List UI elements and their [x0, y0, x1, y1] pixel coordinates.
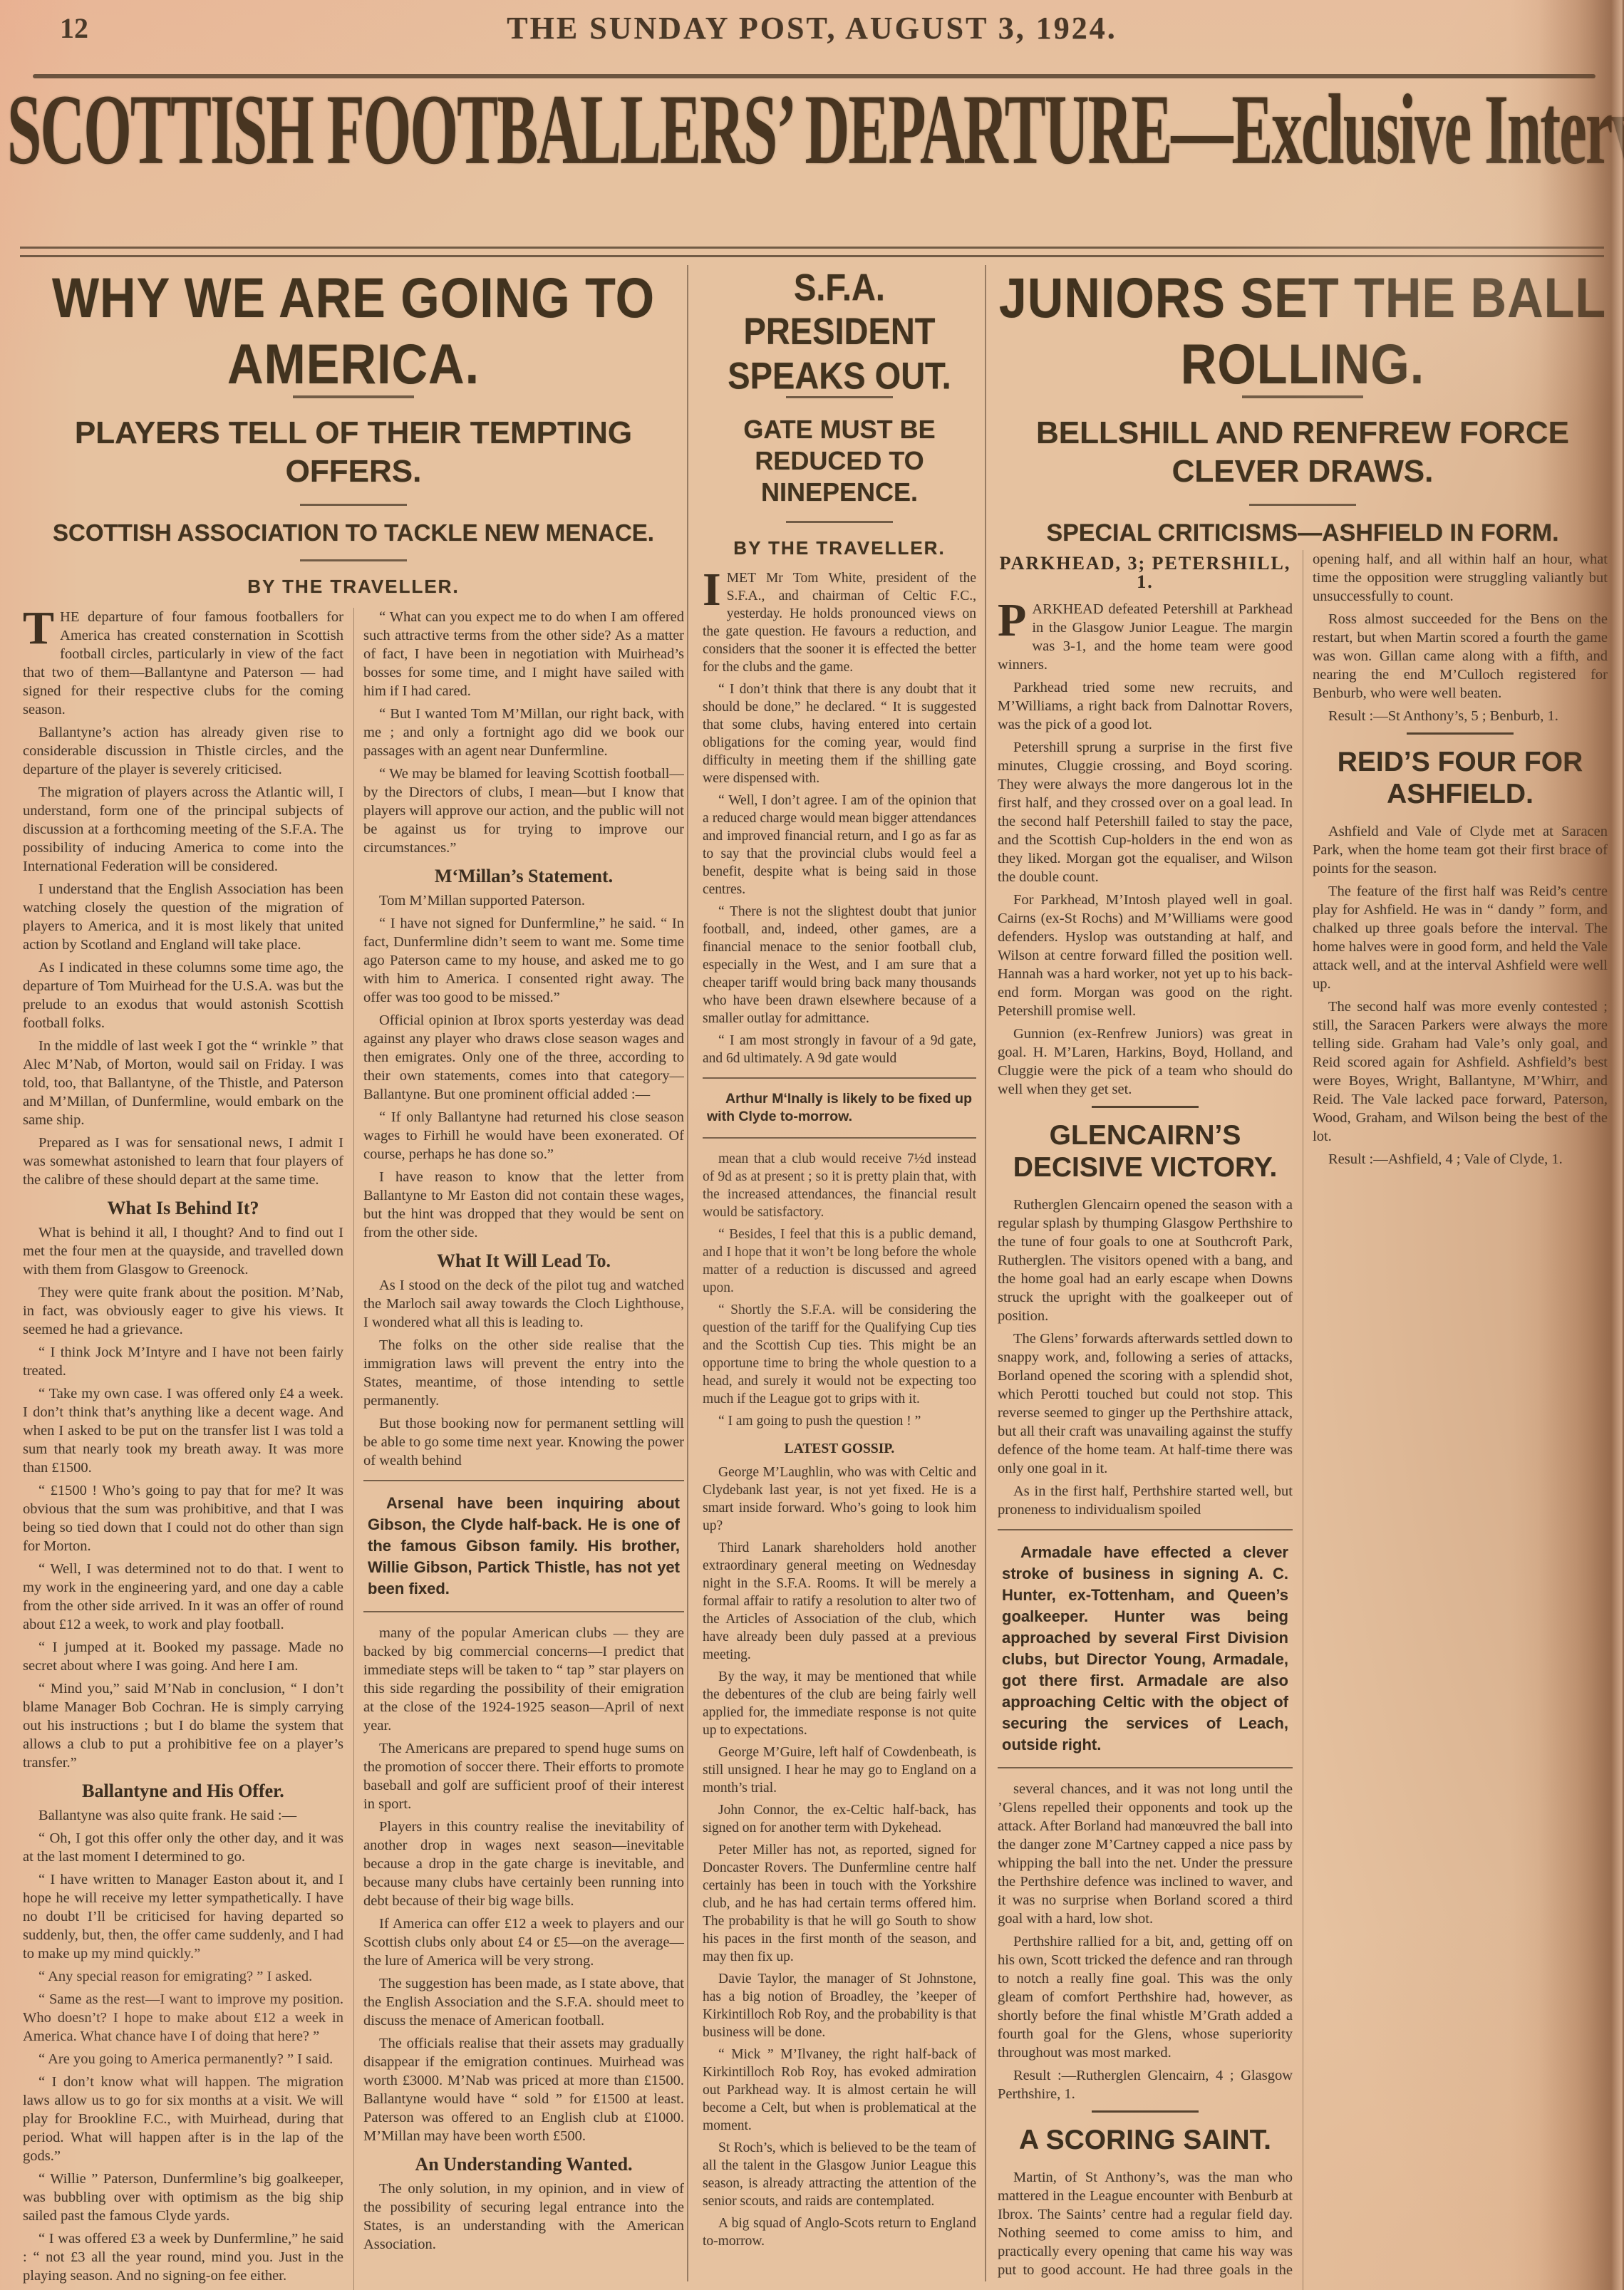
paragraph: “ What can you expect me to do when I am… [363, 608, 684, 700]
middle-article-body: I MET Mr Tom White, president of the S.F… [703, 569, 976, 2290]
paragraph: “ Besides, I feel that this is a public … [703, 1226, 976, 1297]
paragraph: The only solution, in my opinion, and in… [363, 2180, 684, 2254]
banner-headline: SCOTTISH FOOTBALLERS’ DEPARTURE [7, 73, 1171, 185]
paragraph: “ I have written to Manager Easton about… [23, 1870, 343, 1963]
paragraph: St Roch’s, which is believed to be the t… [703, 2139, 976, 2210]
paragraph: “ Well, I was determined not to do that.… [23, 1560, 343, 1634]
paragraph: “ Any special reason for emigrating? ” I… [23, 1967, 343, 1986]
boxed-note: Arthur M‘Inally is likely to be fixed up… [703, 1077, 976, 1139]
section-heading: A SCORING SAINT. [998, 2110, 1293, 2157]
left-byline: BY THE TRAVELLER. [23, 576, 684, 598]
divider [300, 559, 407, 561]
paragraph: Third Lanark shareholders hold another e… [703, 1539, 976, 1664]
right-subhead-1: BELLSHILL AND RENFREW FORCE CLEVER DRAWS… [998, 414, 1608, 490]
paragraph: “ I am most strongly in favour of a 9d g… [703, 1032, 976, 1067]
article-sfa-president-speaks-out: S.F.A. PRESIDENT SPEAKS OUT. GATE MUST B… [703, 265, 976, 2290]
paragraph: Ross almost succeeded for the Bens on th… [1313, 610, 1608, 703]
paragraph: The Americans are prepared to spend huge… [363, 1739, 684, 1813]
paragraph: “ If only Ballantyne had returned his cl… [363, 1108, 684, 1164]
paragraph: I have reason to know that the letter fr… [363, 1168, 684, 1242]
divider [786, 521, 893, 523]
paragraph: They were quite frank about the position… [23, 1283, 343, 1339]
paragraph: “ Willie ” Paterson, Dunfermline’s big g… [23, 2170, 343, 2225]
paragraph: “ I think Jock M’Intyre and I have not b… [23, 1343, 343, 1380]
paragraph: Result :—St Anthony’s, 5 ; Benburb, 1. [1313, 707, 1608, 725]
divider [1249, 504, 1356, 506]
paragraph: I understand that the English Associatio… [23, 880, 343, 954]
boxed-note: Armadale have effected a clever stroke o… [998, 1529, 1293, 1768]
paragraph: Gunnion (ex-Renfrew Juniors) was great i… [998, 1025, 1293, 1099]
paragraph: “ There is not the slightest doubt that … [703, 903, 976, 1027]
paragraph: mean that a club would receive 7½d inste… [703, 1150, 976, 1221]
section-heading: GLENCAIRN’S DECISIVE VICTORY. [998, 1106, 1293, 1184]
lead-paragraph: THE departure of four famous footballers… [23, 608, 343, 719]
paragraph: Parkhead tried some new recruits, and M’… [998, 678, 1293, 734]
paragraph: The Glens’ forwards afterwards settled d… [998, 1330, 1293, 1478]
paragraph: The second half was more evenly conteste… [1313, 998, 1608, 1146]
sub-heading: M‘Millan’s Statement. [363, 867, 684, 886]
paragraph: A big squad of Anglo-Scots return to Eng… [703, 2214, 976, 2250]
paragraph: “ Mind you,” said M’Nab in conclusion, “… [23, 1679, 343, 1772]
paragraph: Ashfield and Vale of Clyde met at Sarace… [1313, 822, 1608, 878]
banner-double-rule [20, 247, 1604, 257]
banner-subtitle: —Exclusive Interviews [1171, 73, 1624, 185]
right-headline: JUNIORS SET THE BALL ROLLING. [998, 265, 1608, 397]
lead-paragraph: I MET Mr Tom White, president of the S.F… [703, 569, 976, 676]
paragraph: As I stood on the deck of the pilot tug … [363, 1276, 684, 1332]
column-rule [687, 265, 688, 2281]
paragraph: several chances, and it was not long unt… [998, 1780, 1293, 1928]
paragraph: Peter Miller has not, as reported, signe… [703, 1841, 976, 1966]
paragraph: “ I don’t know what will happen. The mig… [23, 2073, 343, 2165]
paragraph: John Connor, the ex-Celtic half-back, ha… [703, 1801, 976, 1837]
paragraph: Official opinion at Ibrox sports yesterd… [363, 1011, 684, 1104]
lead-paragraph: PARKHEAD defeated Petershill at Parkhead… [998, 600, 1293, 674]
paragraph: The officials realise that their assets … [363, 2034, 684, 2145]
paragraph: Prepared as I was for sensational news, … [23, 1134, 343, 1189]
paragraph: Players in this country realise the inev… [363, 1818, 684, 1910]
paragraph: “ I am going to push the question ! ” [703, 1412, 976, 1430]
paragraph: “ We may be blamed for leaving Scottish … [363, 765, 684, 857]
paragraph: Davie Taylor, the manager of St Johnston… [703, 1970, 976, 2041]
divider [786, 396, 893, 398]
paragraph: “ Same as the rest—I want to improve my … [23, 1990, 343, 2046]
paragraph: “ I jumped at it. Booked my passage. Mad… [23, 1638, 343, 1675]
masthead: THE SUNDAY POST, AUGUST 3, 1924. [0, 10, 1624, 46]
boxed-note: Arsenal have been inquiring about Gibson… [363, 1480, 684, 1612]
left-article-body: THE departure of four famous footballers… [23, 608, 684, 2290]
paragraph: The suggestion has been made, as I state… [363, 1974, 684, 2030]
middle-headline: S.F.A. PRESIDENT SPEAKS OUT. [703, 265, 976, 398]
middle-column: I MET Mr Tom White, president of the S.F… [703, 569, 976, 2290]
paragraph: Rutherglen Glencairn opened the season w… [998, 1196, 1293, 1325]
paragraph: Tom M’Millan supported Paterson. [363, 891, 684, 910]
sub-heading: What It Will Lead To. [363, 1252, 684, 1270]
sub-heading: Ballantyne and His Offer. [23, 1782, 343, 1801]
paragraph: Petershill sprung a surprise in the firs… [998, 738, 1293, 886]
article-why-we-are-going-to-america: WHY WE ARE GOING TO AMERICA. PLAYERS TEL… [23, 265, 684, 2290]
paragraph: “ Take my own case. I was offered only £… [23, 1384, 343, 1477]
paragraph: “ Well, I don’t agree. I am of the opini… [703, 792, 976, 898]
paragraph: many of the popular American clubs — the… [363, 1624, 684, 1735]
paragraph: The migration of players across the Atla… [23, 783, 343, 876]
paragraph: “ Shortly the S.F.A. will be considering… [703, 1301, 976, 1408]
middle-subhead: GATE MUST BE REDUCED TO NINEPENCE. [703, 414, 976, 508]
newspaper-page: 12 THE SUNDAY POST, AUGUST 3, 1924. SCOT… [0, 0, 1624, 2290]
paragraph: But those booking now for permanent sett… [363, 1414, 684, 1470]
paragraph: What is behind it all, I thought? And to… [23, 1223, 343, 1279]
paragraph: Result :—Ashfield, 4 ; Vale of Clyde, 1. [1313, 1150, 1608, 1169]
paragraph: The folks on the other side realise that… [363, 1336, 684, 1410]
paragraph: Perthshire rallied for a bit, and, getti… [998, 1932, 1293, 2062]
paragraph: Result :—Rutherglen Glencairn, 4 ; Glasg… [998, 2066, 1293, 2103]
paragraph: George M’Guire, left half of Cowdenbeath… [703, 1744, 976, 1797]
paragraph: “ £1500 ! Who’s going to pay that for me… [23, 1481, 343, 1555]
paragraph: The feature of the first half was Reid’s… [1313, 882, 1608, 993]
left-subhead-2: SCOTTISH ASSOCIATION TO TACKLE NEW MENAC… [23, 519, 684, 547]
score-line: PARKHEAD, 3; PETERSHILL, 1. [998, 554, 1293, 591]
paragraph: “ But I wanted Tom M’Millan, our right b… [363, 705, 684, 760]
right-subhead-2: SPECIAL CRITICISMS—ASHFIELD IN FORM. [998, 519, 1608, 548]
paragraph: “ I don’t think that there is any doubt … [703, 680, 976, 787]
left-headline: WHY WE ARE GOING TO AMERICA. [23, 265, 684, 397]
column-rule [985, 265, 986, 2281]
sub-heading: An Understanding Wanted. [363, 2155, 684, 2174]
paragraph: As I indicated in these columns some tim… [23, 958, 343, 1032]
paragraph: “ Oh, I got this offer only the other da… [23, 1829, 343, 1866]
right-columns: PARKHEAD, 3; PETERSHILL, 1.PARKHEAD defe… [998, 550, 1608, 2290]
left-subhead-1: PLAYERS TELL OF THEIR TEMPTING OFFERS. [23, 414, 684, 490]
paragraph: “ I have not signed for Dunfermline,” he… [363, 914, 684, 1007]
paragraph: Ballantyne’s action has already given ri… [23, 723, 343, 779]
paragraph: “ Are you going to America permanently? … [23, 2050, 343, 2068]
middle-byline: BY THE TRAVELLER. [703, 537, 976, 559]
sub-heading: LATEST GOSSIP. [703, 1440, 976, 1458]
right-article-body: PARKHEAD, 3; PETERSHILL, 1.PARKHEAD defe… [998, 550, 1608, 2290]
paragraph: If America can offer £12 a week to playe… [363, 1915, 684, 1970]
banner-headline-row: SCOTTISH FOOTBALLERS’ DEPARTURE—Exclusiv… [7, 84, 1617, 239]
left-columns: THE departure of four famous footballers… [23, 608, 684, 2290]
paragraph: For Parkhead, M’Intosh played well in go… [998, 891, 1293, 1020]
sub-heading: What Is Behind It? [23, 1199, 343, 1218]
paragraph: Ballantyne was also quite frank. He said… [23, 1806, 343, 1825]
divider [300, 504, 407, 506]
divider [293, 395, 414, 398]
paragraph: By the way, it may be mentioned that whi… [703, 1668, 976, 1739]
paragraph: “ Mick ” M’Ilvaney, the right half-back … [703, 2046, 976, 2135]
section-heading: REID’S FOUR FOR ASHFIELD. [1313, 732, 1608, 811]
divider [1242, 395, 1363, 398]
paragraph: In the middle of last week I got the “ w… [23, 1037, 343, 1129]
paragraph: “ I was offered £3 a week by Dunfermline… [23, 2229, 343, 2285]
article-juniors-set-the-ball-rolling: JUNIORS SET THE BALL ROLLING. BELLSHILL … [998, 265, 1608, 2290]
paragraph: As in the first half, Perthshire started… [998, 1482, 1293, 1519]
paragraph: George M’Laughlin, who was with Celtic a… [703, 1463, 976, 1535]
